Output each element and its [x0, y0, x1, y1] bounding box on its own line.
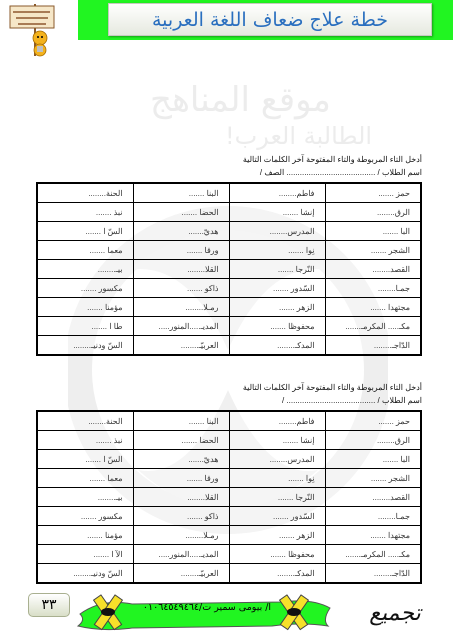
word-cell: المدكـ........ — [229, 336, 325, 356]
compiled-by-signature: تجميع وتنسيق — [340, 592, 450, 636]
word-cell: نبذ ....... — [37, 203, 133, 222]
table-row: جمـا........ السّدور ....... ذاكو ......… — [37, 507, 421, 526]
word-cell: السّ ا ....... — [37, 450, 133, 469]
mascot-holding-sign-icon — [4, 2, 62, 58]
word-cell: معما ....... — [37, 241, 133, 260]
word-cell: القلا........ — [133, 488, 229, 507]
word-cell: العربيّـ........ — [133, 336, 229, 356]
word-cell: مكسور ....... — [37, 279, 133, 298]
instruction-text: أدخل التاء المربوطة والتاء المفتوحة آخر … — [36, 381, 422, 395]
word-cell: مكسور ....... — [37, 507, 133, 526]
word-cell: مكـ..... المكرمـ....... — [325, 545, 421, 564]
student-name-line: اسم الطلاب / ...........................… — [36, 167, 422, 179]
table-row: مجتهدا ....... الزهر ....... رمـلا......… — [37, 298, 421, 317]
table-row: الدّاجـ........ المدكـ........ العربيّـ.… — [37, 564, 421, 584]
word-cell: السّدور ....... — [229, 279, 325, 298]
table-row: مجتهدا ....... الزهر ....... رمـلا......… — [37, 526, 421, 545]
word-cell: البنا ....... — [133, 411, 229, 431]
word-cell: السّ ا ....... — [37, 222, 133, 241]
word-cell: طا ا ....... — [37, 317, 133, 336]
word-cell: بيـ........ — [37, 260, 133, 279]
watermark-line2: الطالبة العرب! — [225, 122, 372, 150]
word-cell: فاطم........ — [229, 183, 325, 203]
word-cell: جمـا........ — [325, 507, 421, 526]
table-row: القصد........ النّرجا ....... القلا.....… — [37, 488, 421, 507]
word-cell: محفوظا ....... — [229, 317, 325, 336]
table-row: الشجر ....... نِوا ....... ورقا ....... … — [37, 469, 421, 488]
table-row: البا ....... المدرس........ هديّ....... … — [37, 450, 421, 469]
word-cell: الحنة........ — [37, 183, 133, 203]
word-cell: نِوا ....... — [229, 469, 325, 488]
table-row: حمز ....... فاطم........ البنا ....... ا… — [37, 183, 421, 203]
word-cell: حمز ....... — [325, 411, 421, 431]
word-cell: مكـ..... المكرمـ....... — [325, 317, 421, 336]
word-cell: المديـ.....المنور..... — [133, 545, 229, 564]
word-cell: مؤمنا ....... — [37, 298, 133, 317]
word-cell: المديـ.....المنور..... — [133, 317, 229, 336]
words-table: حمز ....... فاطم........ البنا ....... ا… — [36, 410, 422, 584]
word-cell: جمـا........ — [325, 279, 421, 298]
word-cell: نبذ ....... — [37, 431, 133, 450]
word-cell: حمز ....... — [325, 183, 421, 203]
word-cell: البا ....... — [325, 450, 421, 469]
instruction-text: أدخل التاء المربوطة والتاء المفتوحة آخر … — [36, 153, 422, 167]
word-cell: إنشا ....... — [229, 203, 325, 222]
exercise-section-2: أدخل التاء المربوطة والتاء المفتوحة آخر … — [36, 381, 422, 584]
table-row: الرق........ إنشا ....... الحضا ....... … — [37, 431, 421, 450]
word-cell: هديّ....... — [133, 450, 229, 469]
word-cell: الشجر ....... — [325, 241, 421, 260]
word-cell: السّ ودنيـ........ — [37, 564, 133, 584]
page-title: خطة علاج ضعاف اللغة العربية — [108, 3, 432, 36]
word-cell: النّرجا ....... — [229, 488, 325, 507]
word-cell: الرق........ — [325, 203, 421, 222]
word-cell: مؤمنا ....... — [37, 526, 133, 545]
table-row: الدّاجـ........ المدكـ........ العربيّـ.… — [37, 336, 421, 356]
word-cell: المدرس........ — [229, 222, 325, 241]
word-cell: الحضا ....... — [133, 431, 229, 450]
table-row: الشجر ....... نِوا ....... ورقا ....... … — [37, 241, 421, 260]
word-cell: ذاكو ....... — [133, 279, 229, 298]
word-cell: البا ....... — [325, 222, 421, 241]
student-name-line: اسم الطلاب / ...........................… — [36, 395, 422, 407]
author-contact-text: ا/ بيومى سمير ت/٠١٠٦٤٥٤٩٤٦٤ — [118, 602, 296, 618]
word-cell: مجتهدا ....... — [325, 526, 421, 545]
word-cell: السّدور ....... — [229, 507, 325, 526]
words-table: حمز ....... فاطم........ البنا ....... ا… — [36, 182, 422, 356]
table-row: الرق........ إنشا ....... الحضا ....... … — [37, 203, 421, 222]
word-cell: السّ ودنيـ........ — [37, 336, 133, 356]
word-cell: مجتهدا ....... — [325, 298, 421, 317]
word-cell: القلا........ — [133, 260, 229, 279]
word-cell: ورقا ....... — [133, 469, 229, 488]
table-row: مكـ..... المكرمـ....... محفوظا ....... ا… — [37, 545, 421, 564]
word-cell: رمـلا........ — [133, 298, 229, 317]
table-row: البا ....... المدرس........ هديّ....... … — [37, 222, 421, 241]
word-cell: الدّاجـ........ — [325, 336, 421, 356]
word-cell: فاطم........ — [229, 411, 325, 431]
word-cell: القصد........ — [325, 488, 421, 507]
word-cell: العربيّـ........ — [133, 564, 229, 584]
word-cell: الزهر ....... — [229, 298, 325, 317]
watermark-line1: موقع المناهج — [150, 80, 331, 120]
exercise-section-1: أدخل التاء المربوطة والتاء المفتوحة آخر … — [36, 153, 422, 356]
word-cell: نِوا ....... — [229, 241, 325, 260]
word-cell: الآ ا ....... — [37, 545, 133, 564]
word-cell: الرق........ — [325, 431, 421, 450]
word-cell: ذاكو ....... — [133, 507, 229, 526]
word-cell: الحضا ....... — [133, 203, 229, 222]
word-cell: محفوظا ....... — [229, 545, 325, 564]
page-number: ٣٣ — [28, 593, 70, 617]
word-cell: البنا ....... — [133, 183, 229, 203]
word-cell: بيـ........ — [37, 488, 133, 507]
word-cell: المدرس........ — [229, 450, 325, 469]
word-cell: القصد........ — [325, 260, 421, 279]
word-cell: الدّاجـ........ — [325, 564, 421, 584]
word-cell: النّرجا ....... — [229, 260, 325, 279]
word-cell: ورقا ....... — [133, 241, 229, 260]
word-cell: معما ....... — [37, 469, 133, 488]
word-cell: الشجر ....... — [325, 469, 421, 488]
word-cell: رمـلا........ — [133, 526, 229, 545]
word-cell: إنشا ....... — [229, 431, 325, 450]
word-cell: المدكـ........ — [229, 564, 325, 584]
word-cell: الحنة........ — [37, 411, 133, 431]
table-row: مكـ..... المكرمـ....... محفوظا ....... ا… — [37, 317, 421, 336]
word-cell: هديّ....... — [133, 222, 229, 241]
table-row: جمـا........ السّدور ....... ذاكو ......… — [37, 279, 421, 298]
word-cell: الزهر ....... — [229, 526, 325, 545]
table-row: القصد........ النّرجا ....... القلا.....… — [37, 260, 421, 279]
table-row: حمز ....... فاطم........ البنا ....... ا… — [37, 411, 421, 431]
